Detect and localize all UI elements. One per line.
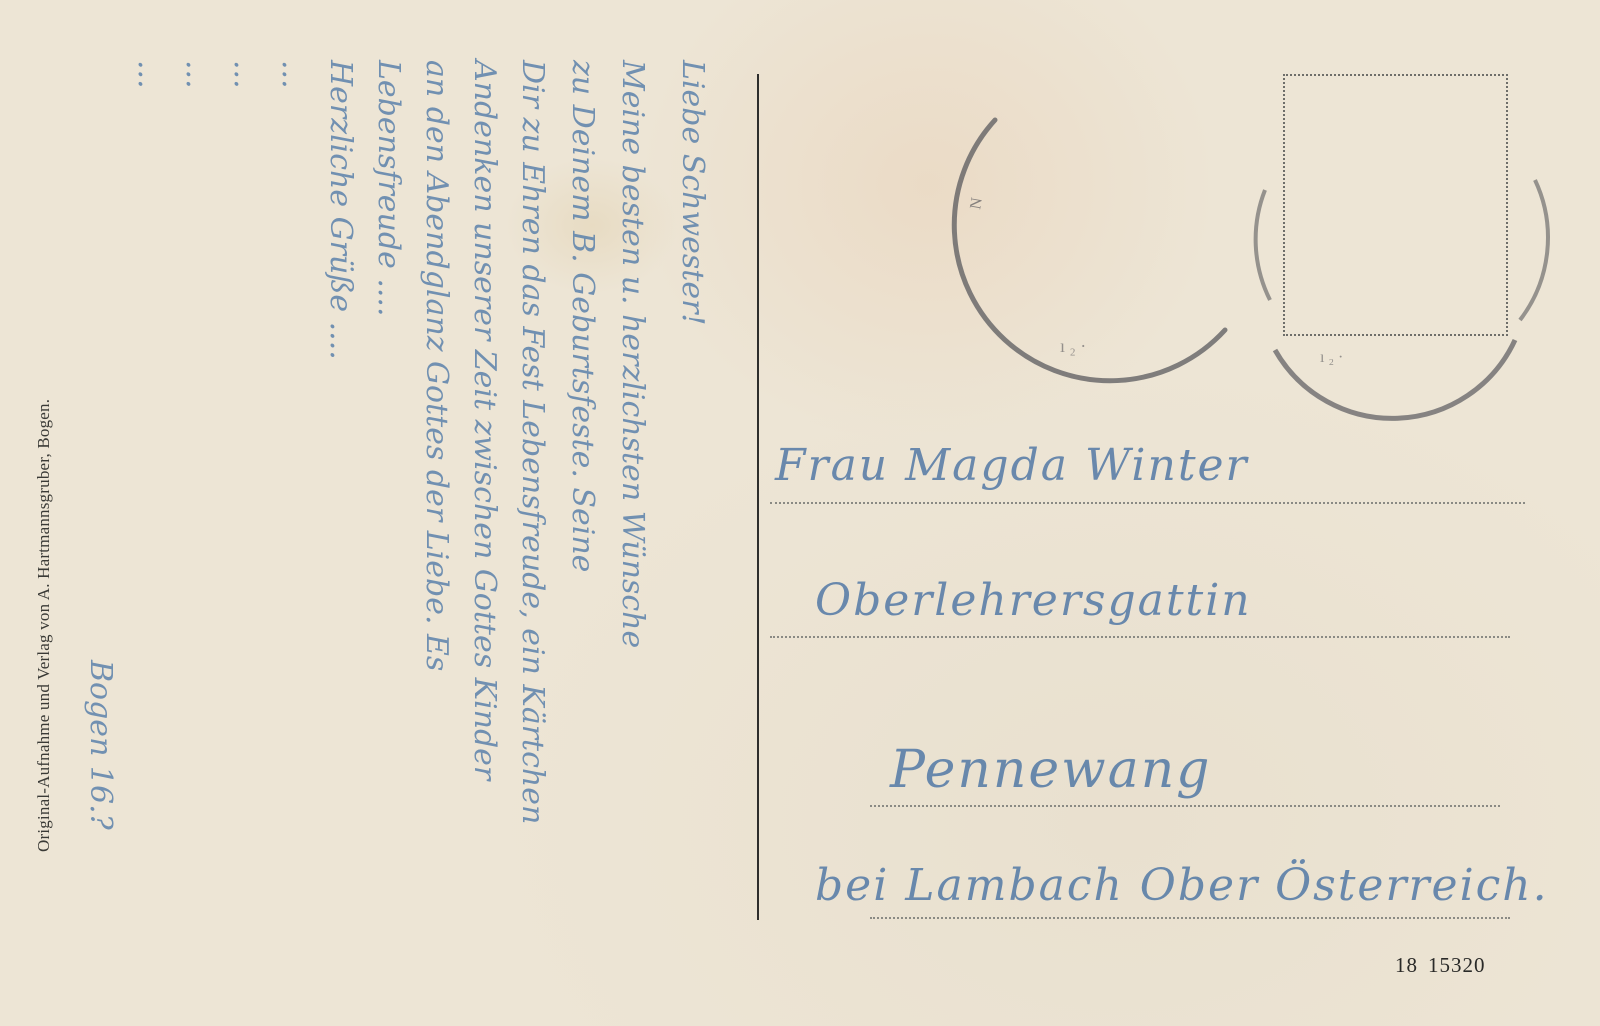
recipient-title: Oberlehrersgattin (815, 575, 1252, 626)
serial-value: 15320 (1428, 953, 1486, 977)
serial-number: 1815320 (1395, 953, 1496, 978)
recipient-town: Pennewang (890, 740, 1211, 800)
address-line-3-rule (870, 805, 1500, 807)
recipient-name: Frau Magda Winter (775, 440, 1249, 491)
svg-text:ı ₂ ·: ı ₂ · (1320, 349, 1343, 366)
postcard-back: Original-Aufnahme und Verlag von A. Hart… (0, 0, 1600, 1026)
svg-text:ı ₂ ·: ı ₂ · (1060, 336, 1086, 356)
address-line-2-rule (770, 636, 1510, 638)
svg-text:N: N (967, 196, 986, 211)
address-line-1-rule (770, 502, 1525, 504)
stamp-box (1283, 74, 1508, 336)
recipient-region: bei Lambach Ober Österreich. (815, 860, 1549, 911)
address-line-4-rule (870, 917, 1510, 919)
serial-prefix: 18 (1395, 953, 1418, 977)
